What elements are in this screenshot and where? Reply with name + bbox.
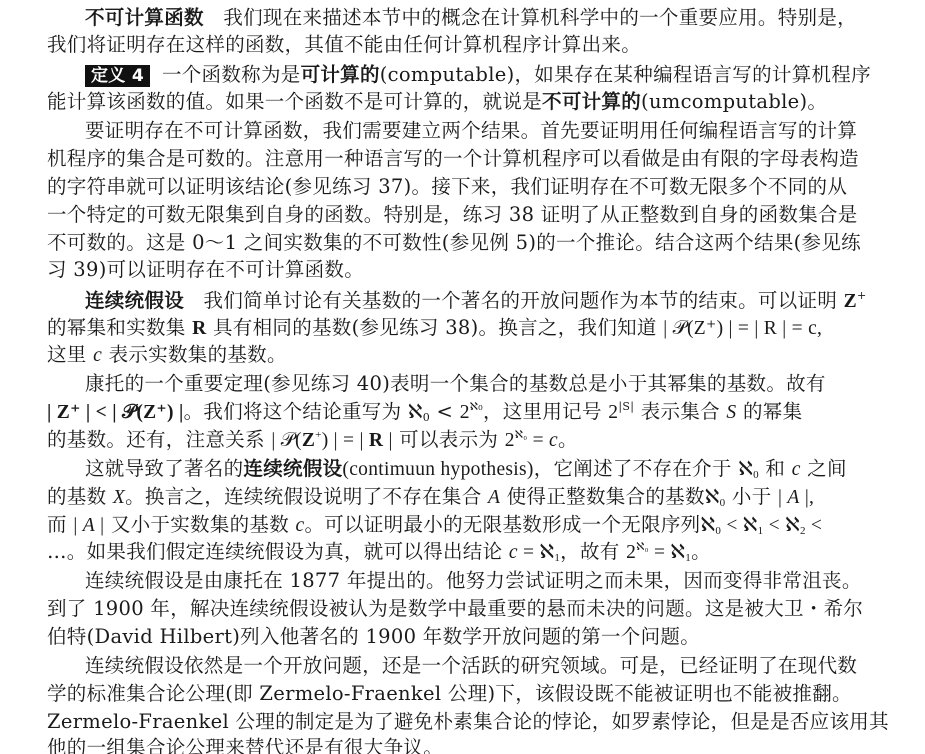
paragraph-uncomputable-line-1: 不可计算函数 我们现在来描述本节中的概念在计算机科学中的一个重要应用。特别是， [85, 6, 887, 30]
term-uncomputable: 不可计算的 [542, 90, 641, 113]
paragraph-ch-intro-line-3: 这里 c 表示实数集的基数。 [47, 343, 887, 368]
paragraph-proof-line-3: 的字符串就可以证明该结论(参见练习 37)。接下来，我们证明存在不可数无限多个不… [47, 175, 887, 199]
section-heading-continuum: 连续统假设 [85, 289, 184, 312]
paragraph-ch-intro-line-1: 连续统假设 我们简单讨论有关基数的一个著名的开放问题作为本节的结束。可以证明 Z… [85, 289, 887, 314]
paragraph-cantor-line-3: 的基数。还有，注意关系 | 𝒫(Z+) | = | R | 可以表示为 2ℵ₀ … [47, 428, 887, 453]
inequality-z-powerset: | Z⁺ | < | 𝒫(Z⁺) | [47, 402, 184, 423]
paragraph-proof-line-5: 不可数的。这是 0～1 之间实数集的不可数性(参见例 5)的一个推论。结合这两个… [47, 231, 887, 255]
paragraph-ch-statement-line-2: 的基数 X。换言之，连续统假设说明了不存在集合 A 使得正整数集合的基数ℵ0 小… [47, 485, 887, 510]
definition-4-line-1: 定义 4一个函数称为是可计算的(computable)，如果存在某种编程语言写的… [85, 63, 887, 87]
paragraph-proof-line-4: 一个特定的可数无限集到自身的函数。特别是，练习 38 证明了从正整数到自身的函数… [47, 203, 887, 227]
paragraph-open-problem-line-2: 学的标准集合论公理(即 Zermelo-Fraenkel 公理)下，该假设既不能… [47, 682, 887, 706]
paragraph-cantor-line-2: | Z⁺ | < | 𝒫(Z⁺) |。我们将这个结论重写为 ℵ0 < 2ℵ₀，这… [47, 400, 887, 425]
term-continuum-hypothesis: 连续统假设 [243, 457, 342, 480]
equation-powerset-equals-c: | 𝒫(Z⁺) | = | R | = c, [663, 318, 822, 339]
document-page: 不可计算函数 我们现在来描述本节中的概念在计算机科学中的一个重要应用。特别是， … [0, 0, 925, 754]
paragraph-ch-statement-line-4: …。如果我们假定连续统假设为真，就可以得出结论 c = ℵ1，故有 2ℵ₀ = … [47, 540, 887, 565]
section-heading-uncomputable: 不可计算函数 [85, 6, 204, 29]
paragraph-ch-statement-line-1: 这就导致了著名的连续统假设(contimuun hypothesis)，它阐述了… [85, 457, 887, 482]
paragraph-open-problem-line-4: 他的一组集合论公理来替代还是有很大争议。 [47, 736, 887, 754]
definition-badge: 定义 4 [85, 65, 150, 87]
paragraph-open-problem-line-1: 连续统假设依然是一个开放问题，还是一个活跃的研究领域。可是，已经证明了在现代数 [85, 654, 887, 678]
definition-4-line-2: 能计算该函数的值。如果一个函数不是可计算的，就说是不可计算的(umcomputa… [47, 90, 887, 114]
paragraph-uncomputable-line-2: 我们将证明存在这样的函数，其值不能由任何计算机程序计算出来。 [47, 33, 887, 57]
paragraph-history-line-2: 到了 1900 年，解决连续统假设被认为是数学中最重要的悬而未决的问题。这是被大… [47, 597, 887, 621]
paragraph-proof-line-6: 习 39)可以证明存在不可计算函数。 [47, 258, 887, 282]
paragraph-open-problem-line-3: Zermelo-Fraenkel 公理的制定是为了避免朴素集合论的悖论，如罗素悖… [47, 710, 887, 734]
paragraph-ch-statement-line-3: 而 | A | 又小于实数集的基数 c。可以证明最小的无限基数形成一个无限序列ℵ… [47, 513, 887, 538]
paragraph-proof-line-1: 要证明存在不可计算函数，我们需要建立两个结果。首先要证明用任何编程语言写的计算 [85, 119, 887, 143]
paragraph-history-line-3: 伯特(David Hilbert)列入他著名的 1900 年数学开放问题的第一个… [47, 625, 887, 649]
paragraph-ch-intro-line-2: 的幂集和实数集 R 具有相同的基数(参见练习 38)。换言之，我们知道 | 𝒫(… [47, 316, 887, 341]
term-computable: 可计算的 [301, 63, 380, 86]
paragraph-proof-line-2: 机程序的集合是可数的。注意用一种语言写的一个计算机程序可以看做是由有限的字母表构… [47, 147, 887, 171]
paragraph-history-line-1: 连续统假设是由康托在 1877 年提出的。他努力尝试证明之而未果，因而变得非常沮… [85, 569, 887, 593]
paragraph-cantor-line-1: 康托的一个重要定理(参见练习 40)表明一个集合的基数总是小于其幂集的基数。故有 [85, 372, 887, 396]
